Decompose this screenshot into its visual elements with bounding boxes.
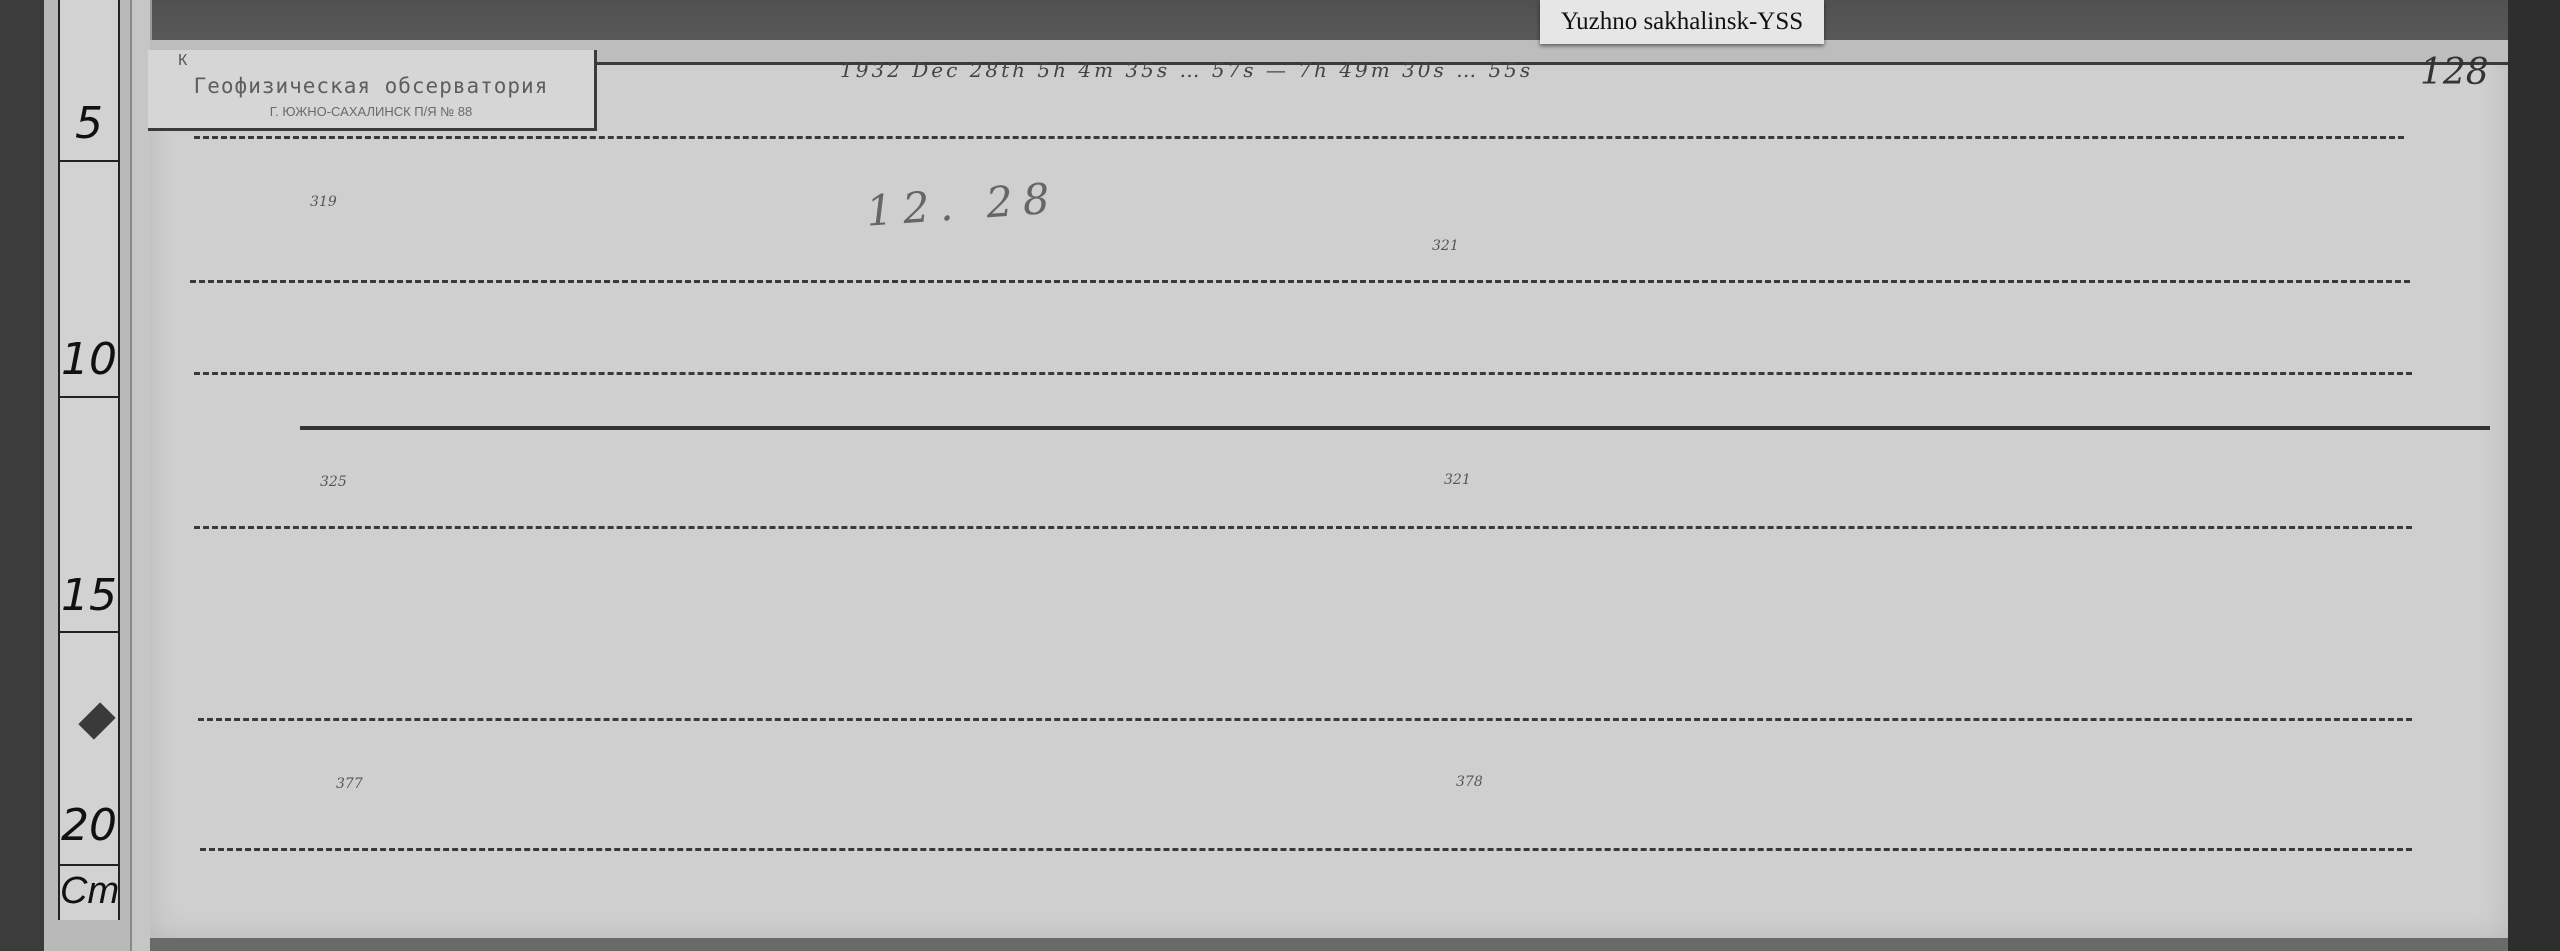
stamp-title: Геофизическая обсерватория xyxy=(148,74,594,98)
seismogram-paper xyxy=(150,44,2508,939)
scale-ruler: 5 10 15 20 Cm xyxy=(58,0,120,920)
minute-mark: 378 xyxy=(1456,774,1483,790)
seismic-trace xyxy=(194,136,2404,139)
minute-mark: 321 xyxy=(1432,238,1459,254)
minute-mark: 377 xyxy=(336,776,363,792)
seismic-trace xyxy=(194,372,2412,375)
ruler-label-5: 5 xyxy=(60,98,118,149)
paper-bottom-edge xyxy=(150,938,2508,951)
ruler-unit-label: Cm xyxy=(60,870,118,913)
page-number: 128 xyxy=(2420,52,2489,93)
seismic-trace-active xyxy=(300,426,2490,430)
ruler-label-10: 10 xyxy=(60,334,118,385)
seismic-trace xyxy=(200,848,2412,851)
seismic-trace xyxy=(190,280,2410,283)
recording-time-note: 1932 Dec 28th 5h 4m 35s … 57s — 7h 49m 3… xyxy=(840,58,1533,82)
minute-mark: 319 xyxy=(310,194,337,210)
ruler-tick xyxy=(60,160,118,162)
ruler-tick xyxy=(60,864,118,866)
ruler-label-15: 15 xyxy=(60,570,118,621)
background-right xyxy=(2508,0,2560,951)
stamp-address: Г. ЮЖНО-САХАЛИНСК П/Я № 88 xyxy=(148,104,594,119)
minute-mark: 325 xyxy=(320,474,347,490)
ruler-tick xyxy=(60,631,118,633)
station-label: Yuzhno sakhalinsk-YSS xyxy=(1540,0,1824,44)
minute-mark: 321 xyxy=(1444,472,1471,488)
ruler-edge xyxy=(130,0,152,951)
observatory-stamp: К Геофизическая обсерватория Г. ЮЖНО-САХ… xyxy=(148,50,597,131)
ruler-tick xyxy=(60,396,118,398)
seismic-trace xyxy=(198,718,2412,721)
seismic-trace xyxy=(194,526,2412,529)
ruler-label-20: 20 xyxy=(60,800,118,851)
stamp-header: К xyxy=(178,52,195,70)
